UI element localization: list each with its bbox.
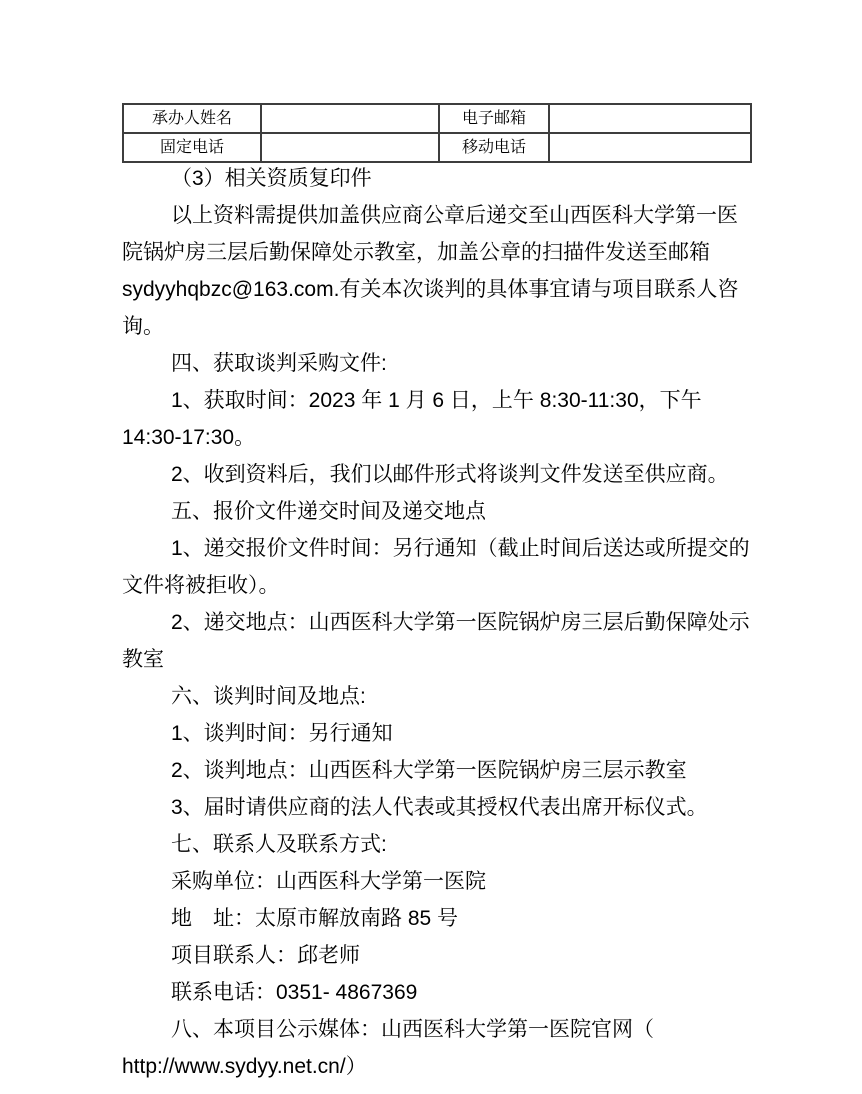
doc-line-contact-phone: 联系电话：0351- 4867369	[122, 974, 782, 1011]
contact-info-table: 承办人姓名 电子邮箱 固定电话 移动电话	[122, 103, 752, 163]
section-heading-7: 七、联系人及联系方式:	[122, 826, 782, 863]
doc-line-submit-time: 1、递交报价文件时间：另行通知（截止时间后送达或所提交的	[122, 530, 782, 567]
doc-line-negotiation-time: 1、谈判时间：另行通知	[122, 715, 782, 752]
doc-line-negotiation-place: 2、谈判地点：山西医科大学第一医院锅炉房三层示教室	[122, 752, 782, 789]
table-label-handler-name: 承办人姓名	[123, 104, 261, 133]
doc-line: 询。	[122, 308, 782, 345]
table-value-email	[549, 104, 751, 133]
table-value-mobile	[549, 133, 751, 162]
doc-line-submit-place: 2、递交地点：山西医科大学第一医院锅炉房三层后勤保障处示	[122, 604, 782, 641]
doc-line: 院锅炉房三层后勤保障处示教室，加盖公章的扫描件发送至邮箱	[122, 234, 782, 271]
document-page: 承办人姓名 电子邮箱 固定电话 移动电话 （3）相关资质复印件 以上资料需提供加…	[0, 0, 862, 1094]
section-heading-8: 八、本项目公示媒体：山西医科大学第一医院官网（	[122, 1011, 782, 1048]
doc-line-website-url: http://www.sydyy.net.cn/）	[122, 1048, 782, 1085]
doc-line-purchaser: 采购单位：山西医科大学第一医院	[122, 863, 782, 900]
section-heading-5: 五、报价文件递交时间及递交地点	[122, 493, 782, 530]
table-row: 承办人姓名 电子邮箱	[123, 104, 751, 133]
doc-line-qualification-copies: （3）相关资质复印件	[122, 160, 782, 197]
doc-line: 14:30-17:30。	[122, 419, 782, 456]
doc-line-email: sydyyhqbzc@163.com.有关本次谈判的具体事宜请与项目联系人咨	[122, 271, 782, 308]
document-body: （3）相关资质复印件 以上资料需提供加盖供应商公章后递交至山西医科大学第一医 院…	[122, 160, 782, 1085]
table-value-landline	[261, 133, 439, 162]
table-label-landline: 固定电话	[123, 133, 261, 162]
table-row: 固定电话 移动电话	[123, 133, 751, 162]
doc-line: 文件将被拒收）。	[122, 567, 782, 604]
section-heading-6: 六、谈判时间及地点:	[122, 678, 782, 715]
table-label-mobile: 移动电话	[439, 133, 549, 162]
doc-line: 教室	[122, 641, 782, 678]
table-value-handler-name	[261, 104, 439, 133]
doc-line-contact-person: 项目联系人：邱老师	[122, 937, 782, 974]
doc-line: 2、收到资料后，我们以邮件形式将谈判文件发送至供应商。	[122, 456, 782, 493]
section-heading-4: 四、获取谈判采购文件:	[122, 345, 782, 382]
doc-line: 以上资料需提供加盖供应商公章后递交至山西医科大学第一医	[122, 197, 782, 234]
doc-line: 3、届时请供应商的法人代表或其授权代表出席开标仪式。	[122, 789, 782, 826]
doc-line-address: 地 址：太原市解放南路 85 号	[122, 900, 782, 937]
doc-line-obtain-time: 1、获取时间：2023 年 1 月 6 日，上午 8:30-11:30，下午	[122, 382, 782, 419]
table-label-email: 电子邮箱	[439, 104, 549, 133]
